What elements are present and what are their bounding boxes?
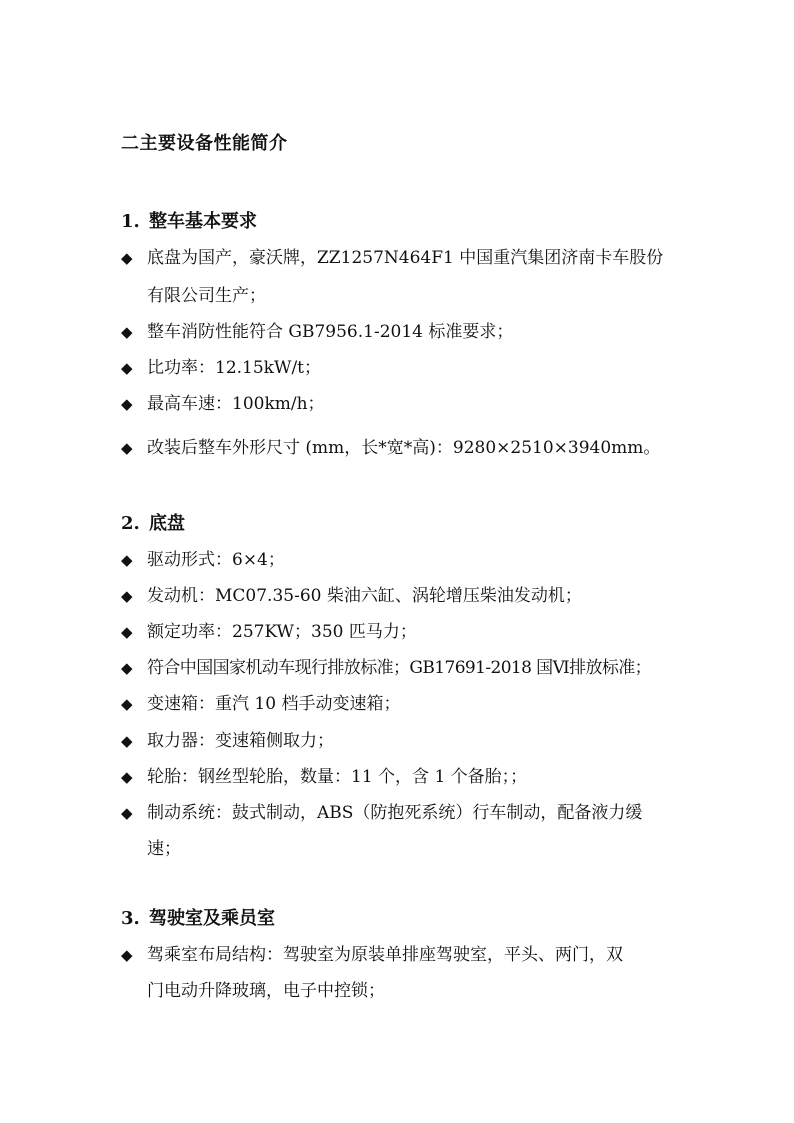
list-item: ◆改装后整车外形尺寸 (mm，长*宽*高)：9280×2510×3940mm。 bbox=[121, 433, 660, 458]
section-title: 底盘 bbox=[149, 513, 185, 534]
list-item-continuation: 速； bbox=[147, 834, 181, 859]
list-item-text: 制动系统：鼓式制动，ABS（防抱死系统）行车制动，配备液力缓 bbox=[147, 803, 642, 823]
list-item: ◆取力器：变速箱侧取力； bbox=[121, 726, 334, 751]
list-item-text: 轮胎：钢丝型轮胎，数量：11 个，含 1 个备胎；； bbox=[147, 767, 527, 787]
section-number: 3. bbox=[121, 908, 149, 929]
list-item: ◆额定功率：257KW；350 匹马力； bbox=[121, 617, 417, 642]
diamond-bullet-icon: ◆ bbox=[121, 359, 147, 377]
list-item-text: 改装后整车外形尺寸 (mm，长*宽*高)：9280×2510×3940mm。 bbox=[147, 438, 660, 458]
diamond-bullet-icon: ◆ bbox=[121, 395, 147, 413]
section-title: 驾驶室及乘员室 bbox=[149, 908, 275, 929]
list-item: ◆驱动形式：6×4； bbox=[121, 545, 285, 570]
diamond-bullet-icon: ◆ bbox=[121, 732, 147, 750]
diamond-bullet-icon: ◆ bbox=[121, 623, 147, 641]
list-item-text: 取力器：变速箱侧取力； bbox=[147, 731, 334, 751]
diamond-bullet-icon: ◆ bbox=[121, 946, 147, 964]
list-item: ◆比功率：12.15kW/t； bbox=[121, 353, 321, 378]
list-item-text: 最高车速：100km/h； bbox=[147, 394, 325, 414]
section-heading-3: 3.驾驶室及乘员室 bbox=[121, 904, 275, 930]
list-item: ◆制动系统：鼓式制动，ABS（防抱死系统）行车制动，配备液力缓 bbox=[121, 798, 642, 823]
list-item-text: 驱动形式：6×4； bbox=[147, 550, 285, 570]
list-item: ◆最高车速：100km/h； bbox=[121, 389, 325, 414]
section-number: 1. bbox=[121, 211, 149, 232]
list-item: ◆驾乘室布局结构：驾驶室为原装单排座驾驶室，平头、两门，双 bbox=[121, 940, 623, 965]
list-item-text: 发动机：MC07.35-60 柴油六缸、涡轮增压柴油发动机； bbox=[147, 586, 582, 606]
diamond-bullet-icon: ◆ bbox=[121, 659, 147, 677]
list-item-text: 变速箱：重汽 10 档手动变速箱； bbox=[147, 694, 400, 714]
diamond-bullet-icon: ◆ bbox=[121, 439, 147, 457]
list-item-text: 整车消防性能符合 GB7956.1-2014 标准要求； bbox=[147, 322, 513, 342]
list-item: ◆符合中国国家机动车现行排放标准；GB17691-2018 国Ⅵ排放标准； bbox=[121, 653, 651, 678]
section-heading-2: 2.底盘 bbox=[121, 509, 185, 535]
diamond-bullet-icon: ◆ bbox=[121, 804, 147, 822]
list-item-text: 驾乘室布局结构：驾驶室为原装单排座驾驶室，平头、两门，双 bbox=[147, 945, 623, 965]
list-item: ◆变速箱：重汽 10 档手动变速箱； bbox=[121, 689, 400, 714]
list-item: ◆轮胎：钢丝型轮胎，数量：11 个，含 1 个备胎；； bbox=[121, 762, 527, 787]
section-number: 2. bbox=[121, 513, 149, 534]
section-heading-1: 1.整车基本要求 bbox=[121, 207, 257, 233]
list-item-text: 额定功率：257KW；350 匹马力； bbox=[147, 622, 417, 642]
list-item: ◆整车消防性能符合 GB7956.1-2014 标准要求； bbox=[121, 317, 513, 342]
list-item-text: 比功率：12.15kW/t； bbox=[147, 358, 321, 378]
diamond-bullet-icon: ◆ bbox=[121, 323, 147, 341]
list-item: ◆底盘为国产，豪沃牌，ZZ1257N464F1 中国重汽集团济南卡车股份 bbox=[121, 243, 663, 268]
diamond-bullet-icon: ◆ bbox=[121, 768, 147, 786]
document-title: 二主要设备性能简介 bbox=[121, 129, 288, 155]
list-item: ◆发动机：MC07.35-60 柴油六缸、涡轮增压柴油发动机； bbox=[121, 581, 582, 606]
diamond-bullet-icon: ◆ bbox=[121, 587, 147, 605]
list-item-continuation: 门电动升降玻璃，电子中控锁； bbox=[147, 976, 385, 1001]
diamond-bullet-icon: ◆ bbox=[121, 695, 147, 713]
diamond-bullet-icon: ◆ bbox=[121, 551, 147, 569]
section-title: 整车基本要求 bbox=[149, 211, 257, 232]
list-item-text: 符合中国国家机动车现行排放标准；GB17691-2018 国Ⅵ排放标准； bbox=[147, 658, 651, 678]
diamond-bullet-icon: ◆ bbox=[121, 249, 147, 267]
list-item-text: 底盘为国产，豪沃牌，ZZ1257N464F1 中国重汽集团济南卡车股份 bbox=[147, 248, 663, 268]
list-item-continuation: 有限公司生产； bbox=[147, 281, 266, 306]
